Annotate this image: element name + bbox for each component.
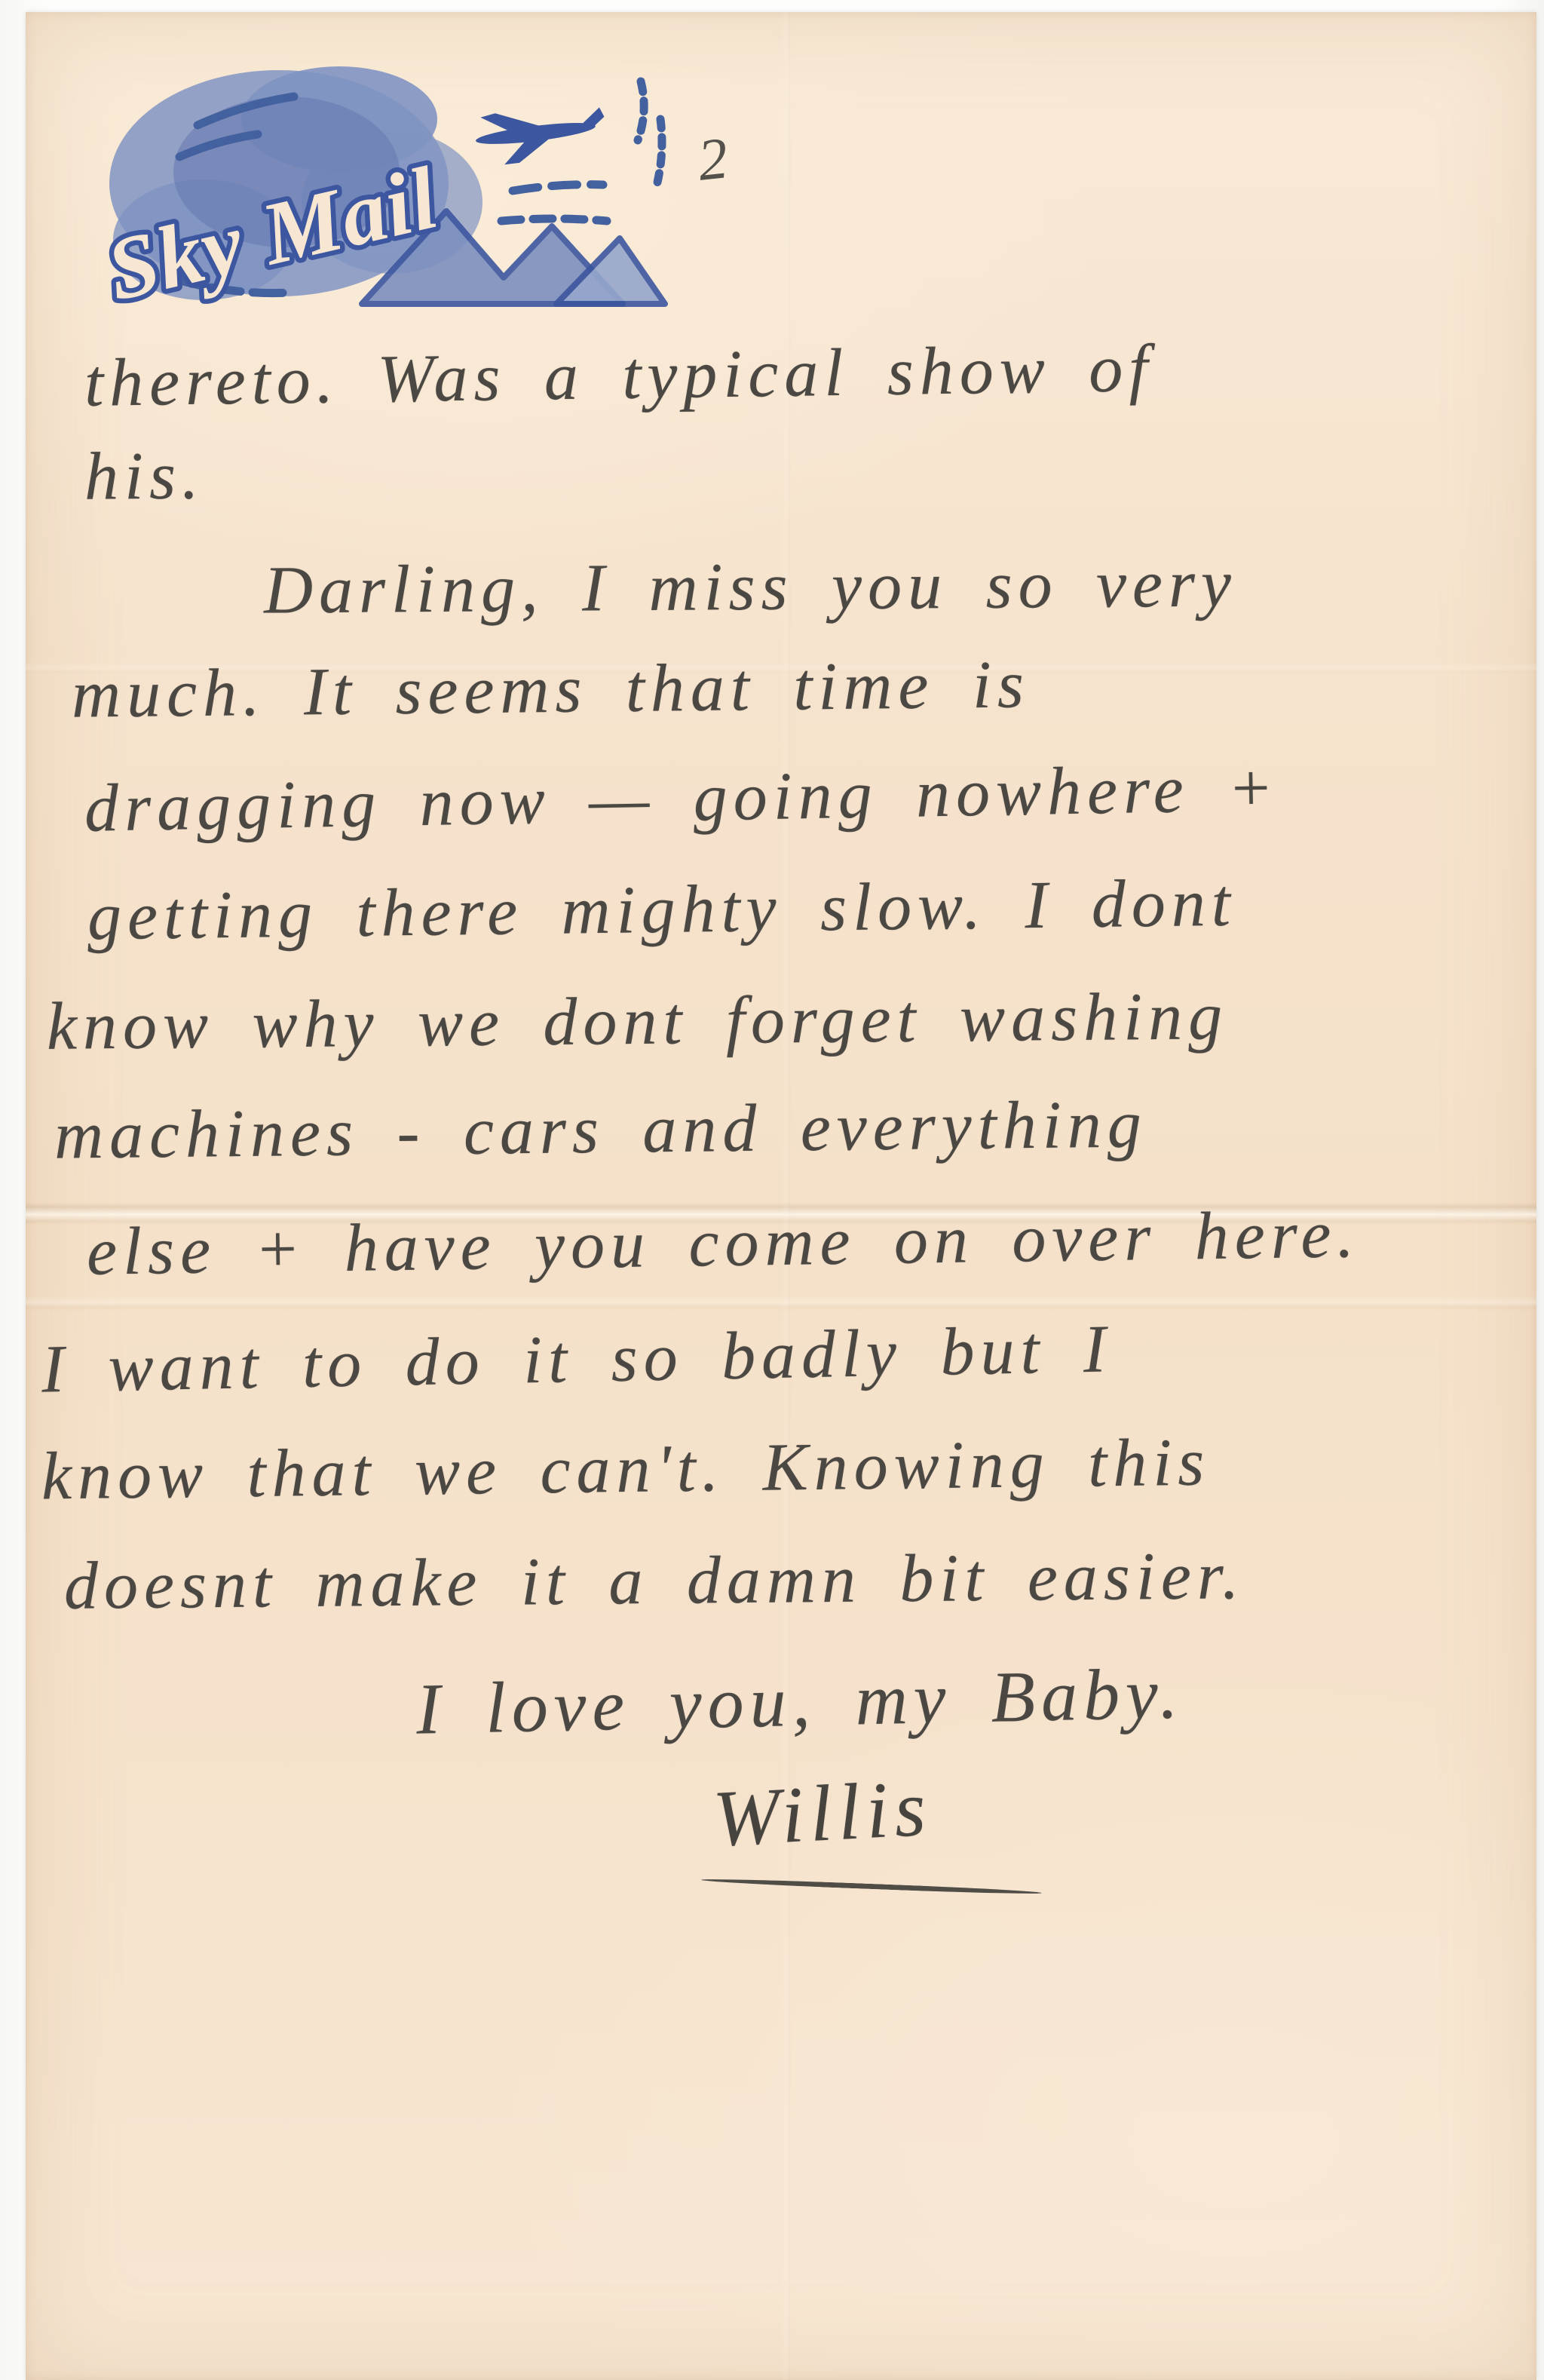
handwriting-line: I want to do it so badly but I <box>41 1315 1112 1403</box>
handwriting-line: thereto. Was a typical show of <box>84 335 1153 418</box>
airplane-icon <box>473 100 608 168</box>
handwriting-line: doesnt make it a damn bit easier. <box>64 1542 1245 1621</box>
signature: Willis <box>711 1768 933 1859</box>
handwriting-line: dragging now — going nowhere + <box>84 754 1279 843</box>
handwriting-line: Darling, I miss you so very <box>264 550 1237 624</box>
skymail-logo: Sky Mail <box>90 51 679 315</box>
handwriting-line: know why we dont forget washing <box>47 983 1229 1061</box>
handwriting-line: know that we can't. Knowing this <box>41 1429 1211 1511</box>
handwriting-line: getting there mighty slow. I dont <box>87 869 1237 952</box>
handwriting-line: much. It seems that time is <box>72 651 1031 728</box>
handwriting-line: machines - cars and everything <box>54 1090 1148 1170</box>
fold-crease <box>26 1296 1536 1311</box>
handwriting-line: his. <box>84 442 205 511</box>
handwriting-line: else + have you come on over here. <box>86 1201 1360 1287</box>
page-number: 2 <box>694 124 731 195</box>
letter-paper: Sky Mail 2 thereto. Was a typical show o… <box>26 12 1536 2380</box>
closing-line: I love you, my Baby. <box>415 1657 1184 1745</box>
signature-underline <box>701 1877 1042 1895</box>
